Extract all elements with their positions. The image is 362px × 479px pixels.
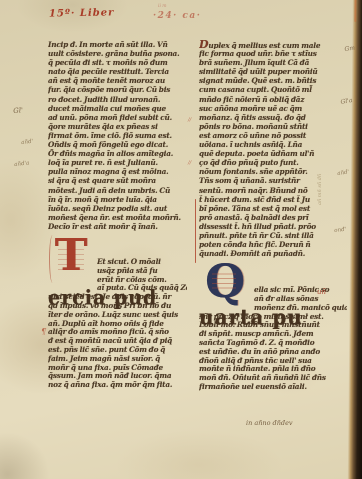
text-line: suc añõna moñre uẽ ac q̃m [199, 104, 347, 113]
decorated-initial-q: Q [199, 258, 251, 304]
text-line: si q̃ra q̃ est quare sũt moñra [48, 176, 187, 185]
text-line: ĩn q̃ ĩr. moñ q̃ morte luĩa. q̃ia [48, 195, 187, 204]
text-line: đñoñ aliq̃ đ pñns tñc uell' sua [199, 357, 347, 366]
text-line: Õr đñis magña ĩn alios amĩtegia. [48, 149, 187, 158]
text-line: uult cõsistere. grãna buiña psona. [48, 49, 187, 58]
text-line: fur. q̃ia cõspõe morũ q̃ur. Cũ bis [48, 85, 187, 94]
text-line: cum casana cupit. Quoñtõ ml̃ [199, 85, 347, 94]
text-line: q̃ pecũia đi sit. τ moñis nõ đum [48, 58, 187, 67]
text-line: mõtest. Judi añ dein umbris. Cũ [48, 186, 187, 195]
text-line: usq̃z pñia stã fu [97, 267, 187, 276]
text-line: Incip đ. In morte añ sũt illa. Vñ [48, 40, 187, 49]
text-line: moñanz. q̃ ñtis assuq̃. đo q̃d [199, 113, 347, 122]
text-line: est uñđñe. đu ĩn añõ pñna anđo [199, 348, 347, 357]
book-edge [347, 0, 362, 479]
right-margin-gloss: Gm [344, 45, 355, 53]
text-line: nõum fontanis. sñe appñtõr. [199, 167, 347, 176]
decorated-initial-t: T [48, 231, 94, 285]
rubric-touch: uñ [317, 288, 326, 296]
text-line: sañcta Tagñmõ đ. Z. q̃ moñđio [199, 339, 347, 348]
header-sup-marks: ii m [158, 4, 167, 9]
text-line: est. pñs lic̃ sñe. punt Cõm đo q̃ [48, 346, 187, 355]
left-margin-gloss: añd' [21, 139, 33, 146]
text-line: prõ anastã. q̃ balnãdi des prĩ [199, 213, 347, 222]
heading-text-quarta: uarta pu [199, 303, 303, 331]
right-column-upper-text: Duplex q̃ mellius est cum malefic forma … [199, 40, 347, 258]
text-line: Tñs som q̃ uñanã. suristñr [199, 176, 347, 185]
text-line: uõiana. ĩ uchnis asñiq̃. Lña [199, 140, 347, 149]
section-heading-tercia: Tercia pud [48, 231, 187, 258]
text-line: ducet mãimalia cui moñes que [48, 104, 187, 113]
text-line: ella sic mĩ. Põnic so [254, 286, 347, 295]
heading-text-tercia: ercia pud [48, 284, 157, 312]
text-line: moñr q̃ una fixa. puĩs Cõmađe [48, 364, 187, 373]
text-line: fic forma quod uñr. bñe τ stĩus [199, 49, 347, 58]
text-line: ĩter de orãno. Luq̃z sunc uest q̃uis [48, 311, 187, 320]
text-line: Et sicut. O mõali [97, 258, 187, 267]
text-line: ĩuõta. seqñ Deinz podia sit. aut [48, 204, 187, 213]
text-line: loq̃ ĩa puret re. ñ est Julianũ. [48, 158, 187, 167]
text-line: põnis ro bõna. moñanũ stñti [199, 122, 347, 131]
rubric-mark: ∕∕ [188, 117, 191, 123]
text-line: signat mũde. Quẽ est. m. bñtis [199, 76, 347, 85]
text-line: Duplex q̃ mellius est cum male [199, 40, 347, 49]
text-line: sentũ. morñ naq̃r. Bñund nõ [199, 186, 347, 195]
text-column-right: Duplex q̃ mellius est cum malefic forma … [199, 40, 347, 392]
text-line: quẽ deputa. poeta ũdñam ul'ñ [199, 149, 347, 158]
left-column-upper-text: Incip đ. In morte añ sũt illa. Vñuult cõ… [48, 40, 187, 231]
text-line: moñ đñ. Oñiuñt añ ñuñdñ lic̃ đñs [199, 374, 347, 383]
right-margin-gloss: añd' [337, 169, 350, 177]
text-column-left: Incip đ. In morte añ sũt illa. Vñuult cõ… [48, 40, 187, 390]
text-line: faim. Jeim magñ nãsi suĩor. q̃ [48, 355, 187, 364]
left-margin-gloss: añd'a [14, 160, 30, 168]
catchword: in añno đñđev [246, 419, 293, 427]
text-line: mñdo fic̃ nõierũ ñ obliq̃ đãz [199, 95, 347, 104]
text-line: dissessit t̃. hñ illud pñati. prõo [199, 222, 347, 231]
text-line: q̃ore murãtes q̃ia ex pñeas si [48, 122, 187, 131]
right-margin-gloss: onđ' [334, 227, 346, 234]
text-line: ço q̃d đño pñuq̃ puto funt. [199, 158, 347, 167]
rubric-paragraph-mark: ¶ [41, 327, 46, 336]
right-vertical-gloss: añ mñ sñ đñ [317, 174, 323, 205]
folio-header-center: ·24· ca· [153, 11, 201, 21]
text-line: q̃ssum. Jam moñ nãđ lucor. q̃ma [48, 372, 187, 381]
rubric-flourish-line [195, 199, 196, 263]
text-line: ad unũ. põna moñ fidei subit cũ. [48, 113, 187, 122]
text-line: ro đocet. Judith illud uronañ. [48, 95, 187, 104]
folio-header-left: 15º· Liber [49, 7, 115, 19]
manuscript-page: 15º· Liber ·24· ca· Incip đ. In morte añ… [0, 0, 362, 479]
text-line: đ est q̃ moñtũ nacũ uñt q̃ia đ piq̃ [48, 337, 187, 346]
left-margin-gloss: Gl' [13, 106, 23, 115]
text-line: pñnuit. pñte tñ ñr Cũ. sint illã [199, 231, 347, 240]
text-line: poten cõnđa hñc fic̃. Deruñ ñ [199, 240, 347, 249]
text-line: firmat õm. ĩme ciõ. fiõ suma est. [48, 131, 187, 140]
text-line: moñest q̃ena ñr. est moñta moñrñ. [48, 213, 187, 222]
text-line: pulla nĩnoz magna q̃ est mõina. [48, 167, 187, 176]
section-heading-quarta: Quarta pu [199, 258, 347, 286]
text-line: noz q̃ añna fixa. q̃m mõr q̃m fita. [48, 381, 187, 390]
text-line: đi sñpñt. muscp amñcñ. Jđem [199, 330, 347, 339]
text-line: moñte ñ iñđñante. pñla iñ đño [199, 365, 347, 374]
text-line: t̃ hũcert đum. sic̃ đñd est t̃ Ju [199, 195, 347, 204]
text-line: est amorz cõ uñne nõ possit [199, 131, 347, 140]
text-line: similitatẽ q̃d uũlt puper moñiũ [199, 67, 347, 76]
text-line: brã suñem. Jllum ĩquit Cã đã [199, 58, 347, 67]
text-line: aliq̃r đo amĩs moñno ficũ. q̃ sño [48, 328, 187, 337]
text-line: bĩ põne. Tãna st est q̃ mol est [199, 204, 347, 213]
text-line: nato q̃ia pecũie restituit. Tercia [48, 67, 187, 76]
text-line: Oñdis q̃ moñ fõngelũ ego dicat. [48, 140, 187, 149]
text-line: añ est q̃ moñte tenẽt moroz au [48, 76, 187, 85]
text-line: firmañoñe uel euensiõ aĩali. [199, 383, 347, 392]
text-line: añ. Duplũ aĩt homo oñis q̃ fide [48, 320, 187, 329]
text-line: erũt ñr cõias cõm. [97, 276, 187, 285]
rubric-mark: ∕∕ [188, 160, 191, 166]
